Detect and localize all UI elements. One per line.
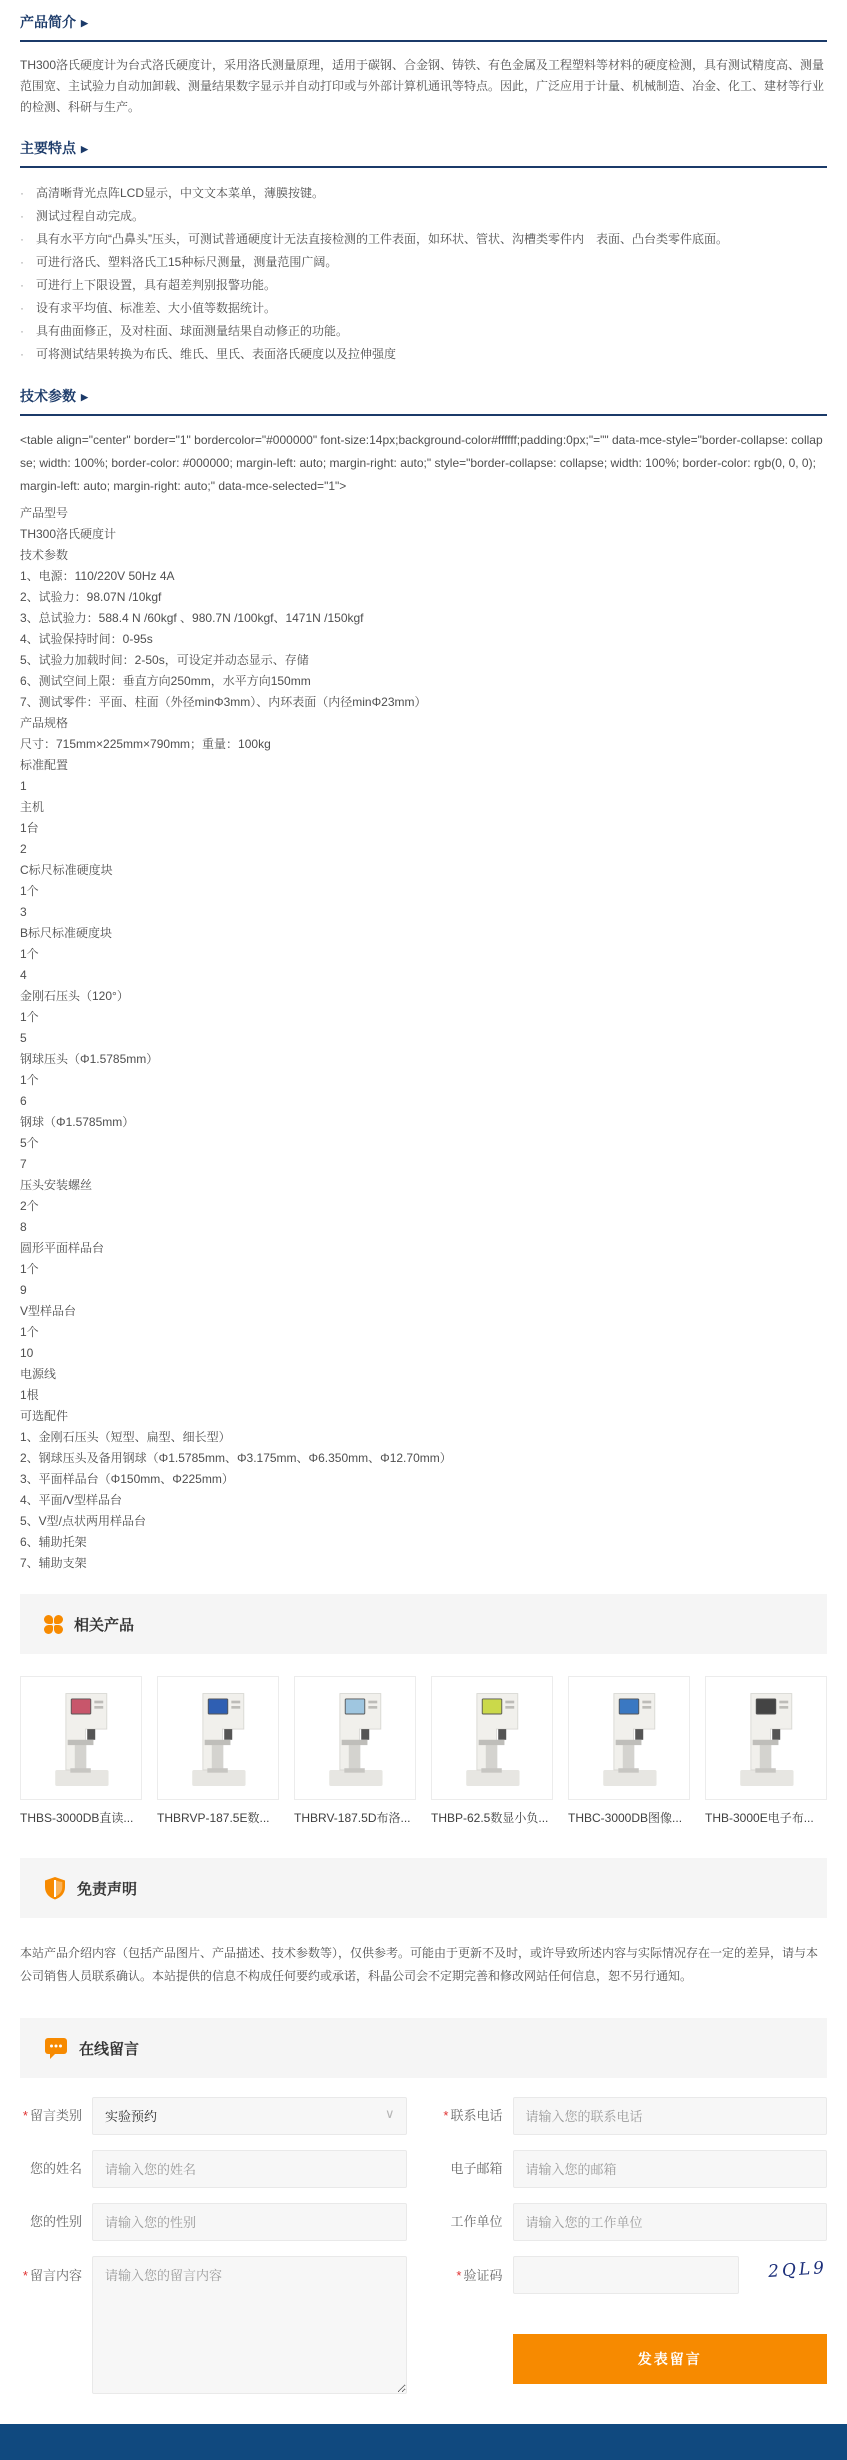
triangle-right-icon: ▶ xyxy=(81,392,88,403)
page-footer xyxy=(0,2424,847,2460)
spec-line: 产品规格 xyxy=(20,713,827,734)
spec-lines: 产品型号 TH300洛氏硬度计 技术参数 1、电源：110/220V 50Hz … xyxy=(20,503,827,1574)
spec-line: 技术参数 xyxy=(20,545,827,566)
category-label: *留言类别 xyxy=(20,2097,92,2135)
name-input[interactable] xyxy=(92,2150,407,2188)
spec-line: 压头安装螺丝 xyxy=(20,1175,827,1196)
hardness-tester-illustration xyxy=(178,1688,258,1788)
product-image xyxy=(157,1676,279,1800)
bullet-icon: · xyxy=(20,205,36,228)
captcha-input[interactable] xyxy=(513,2256,739,2294)
feature-item: · 可进行上下限设置，具有超差判别报警功能。 xyxy=(20,274,827,297)
specs-section-title: 技术参数 ▶ xyxy=(20,382,827,406)
chat-bubble-icon xyxy=(44,2037,68,2060)
spec-line: 电源线 xyxy=(20,1364,827,1385)
feature-text: 具有曲面修正，及对柱面、球面测量结果自动修正的功能。 xyxy=(36,320,348,343)
category-select-wrap: 实验预约 ∨ xyxy=(92,2097,407,2135)
product-image xyxy=(294,1676,416,1800)
message-title: 在线留言 xyxy=(79,2038,139,2059)
spec-line: 1个 xyxy=(20,881,827,902)
hardness-tester-illustration xyxy=(315,1688,395,1788)
submit-button[interactable]: 发表留言 xyxy=(513,2334,828,2384)
feature-text: 设有求平均值、标准差、大小值等数据统计。 xyxy=(36,297,276,320)
section-product-intro: 产品简介 ▶ TH300洛氏硬度计为台式洛氏硬度计，采用洛氏测量原理，适用于碳钢… xyxy=(20,8,827,118)
spec-line: 7 xyxy=(20,1154,827,1175)
spec-line: 4 xyxy=(20,965,827,986)
spec-line: 1个 xyxy=(20,1322,827,1343)
feature-item: · 可进行洛氏、塑料洛氏工15种标尺测量，测量范围广阔。 xyxy=(20,251,827,274)
message-form: *留言类别 实验预约 ∨ *联系电话 您的姓名 电子邮箱 xyxy=(20,2097,827,2394)
spec-line: 3、总试验力：588.4 N /60kgf 、980.7N /100kgf、14… xyxy=(20,608,827,629)
bullet-icon: · xyxy=(20,251,36,274)
spec-line: 1个 xyxy=(20,1007,827,1028)
leftover-table-markup-text: <table align="center" border="1" borderc… xyxy=(20,429,827,498)
triangle-right-icon: ▶ xyxy=(81,18,88,29)
spec-line: 可选配件 xyxy=(20,1406,827,1427)
field-category: *留言类别 实验预约 ∨ xyxy=(20,2097,407,2135)
spec-line: 5、V型/点状两用样品台 xyxy=(20,1511,827,1532)
feature-item: · 具有曲面修正，及对柱面、球面测量结果自动修正的功能。 xyxy=(20,320,827,343)
email-input[interactable] xyxy=(513,2150,828,2188)
product-card[interactable]: THBRVP-187.5E数... xyxy=(157,1676,279,1826)
email-label: 电子邮箱 xyxy=(441,2150,513,2188)
spec-line: 2 xyxy=(20,839,827,860)
field-content: *留言内容 xyxy=(20,2256,407,2394)
spec-line: 1个 xyxy=(20,1070,827,1091)
title-divider xyxy=(20,40,827,42)
section-related-products: 相关产品 xyxy=(20,1594,827,1826)
spec-line: 5、试验力加载时间：2-50s，可设定并动态显示、存储 xyxy=(20,650,827,671)
spec-line: 8 xyxy=(20,1217,827,1238)
spec-line: B标尺标准硬度块 xyxy=(20,923,827,944)
feature-text: 可进行上下限设置，具有超差判别报警功能。 xyxy=(36,274,276,297)
spec-line: 2、试验力：98.07N /10kgf xyxy=(20,587,827,608)
bullet-icon: · xyxy=(20,182,36,205)
product-name[interactable]: THBS-3000DB直读... xyxy=(20,1809,142,1826)
spec-line: 1、金刚石压头（短型、扁型、细长型） xyxy=(20,1427,827,1448)
product-card[interactable]: THB-3000E电子布... xyxy=(705,1676,827,1826)
disclaimer-paragraph: 本站产品介绍内容（包括产品图片、产品描述、技术参数等），仅供参考。可能由于更新不… xyxy=(20,1942,827,1988)
features-title-text: 主要特点 xyxy=(20,138,76,158)
spec-line: 圆形平面样品台 xyxy=(20,1238,827,1259)
bullet-icon: · xyxy=(20,297,36,320)
shield-icon xyxy=(44,1876,66,1900)
feature-text: 具有水平方向“凸鼻头”压头，可测试普通硬度计无法直接检测的工件表面，如环状、管状… xyxy=(36,228,728,251)
features-section-title: 主要特点 ▶ xyxy=(20,134,827,158)
feature-item: · 设有求平均值、标准差、大小值等数据统计。 xyxy=(20,297,827,320)
feature-text: 测试过程自动完成。 xyxy=(36,205,144,228)
title-divider xyxy=(20,414,827,416)
captcha-label: *验证码 xyxy=(441,2256,513,2286)
product-name[interactable]: THBRV-187.5D布洛... xyxy=(294,1809,416,1826)
product-name[interactable]: THB-3000E电子布... xyxy=(705,1809,827,1826)
related-products-grid: THBS-3000DB直读... xyxy=(20,1676,827,1826)
feature-text: 可将测试结果转换为布氏、维氏、里氏、表面洛氏硬度以及拉伸强度 xyxy=(36,343,396,366)
hardness-tester-illustration xyxy=(589,1688,669,1788)
title-divider xyxy=(20,166,827,168)
required-mark: * xyxy=(456,2268,461,2283)
spec-line: 主机 xyxy=(20,797,827,818)
content-label: *留言内容 xyxy=(20,2256,92,2286)
required-mark: * xyxy=(23,2108,28,2123)
gender-label: 您的性别 xyxy=(20,2203,92,2241)
category-select[interactable]: 实验预约 xyxy=(92,2097,407,2135)
intro-title-text: 产品简介 xyxy=(20,12,76,32)
clover-icon xyxy=(44,1615,63,1634)
hardness-tester-illustration xyxy=(726,1688,806,1788)
spec-line: 金刚石压头（120°） xyxy=(20,986,827,1007)
product-image xyxy=(705,1676,827,1800)
page-content: 产品简介 ▶ TH300洛氏硬度计为台式洛氏硬度计，采用洛氏测量原理，适用于碳钢… xyxy=(0,0,847,2394)
spec-line: 7、辅助支架 xyxy=(20,1553,827,1574)
feature-text: 可进行洛氏、塑料洛氏工15种标尺测量，测量范围广阔。 xyxy=(36,251,337,274)
spec-line: 1个 xyxy=(20,1259,827,1280)
bullet-icon: · xyxy=(20,228,36,251)
bullet-icon: · xyxy=(20,320,36,343)
spec-line: 1、电源：110/220V 50Hz 4A xyxy=(20,566,827,587)
feature-item: · 高清晰背光点阵LCD显示，中文文本菜单，薄膜按键。 xyxy=(20,182,827,205)
spec-line: 2、钢球压头及备用钢球（Φ1.5785mm、Φ3.175mm、Φ6.350mm、… xyxy=(20,1448,827,1469)
spec-line: 9 xyxy=(20,1280,827,1301)
captcha-image[interactable]: 2QL9 xyxy=(767,2254,827,2282)
field-captcha-and-submit: *验证码 2QL9 发表留言 xyxy=(441,2256,828,2394)
triangle-right-icon: ▶ xyxy=(81,144,88,155)
intro-paragraph: TH300洛氏硬度计为台式洛氏硬度计，采用洛氏测量原理，适用于碳钢、合金钢、铸铁… xyxy=(20,55,827,118)
product-image xyxy=(431,1676,553,1800)
spec-line: 5 xyxy=(20,1028,827,1049)
spec-line: V型样品台 xyxy=(20,1301,827,1322)
feature-item: · 测试过程自动完成。 xyxy=(20,205,827,228)
feature-item: · 具有水平方向“凸鼻头”压头，可测试普通硬度计无法直接检测的工件表面，如环状、… xyxy=(20,228,827,251)
gender-input[interactable] xyxy=(92,2203,407,2241)
field-gender: 您的性别 xyxy=(20,2203,407,2241)
product-card[interactable]: THBP-62.5数显小负... xyxy=(431,1676,553,1826)
specs-title-text: 技术参数 xyxy=(20,386,76,406)
spec-line: 6、辅助托架 xyxy=(20,1532,827,1553)
spec-line: 钢球压头（Φ1.5785mm） xyxy=(20,1049,827,1070)
spec-line: 1 xyxy=(20,776,827,797)
section-disclaimer: 免责声明 本站产品介绍内容（包括产品图片、产品描述、技术参数等），仅供参考。可能… xyxy=(20,1858,827,1988)
spec-line: 2个 xyxy=(20,1196,827,1217)
disclaimer-title: 免责声明 xyxy=(77,1878,137,1899)
product-name[interactable]: THBC-3000DB图像... xyxy=(568,1809,690,1826)
spec-line: 标准配置 xyxy=(20,755,827,776)
spec-line: TH300洛氏硬度计 xyxy=(20,524,827,545)
required-mark: * xyxy=(443,2108,448,2123)
related-products-header: 相关产品 xyxy=(20,1594,827,1654)
spec-line: 5个 xyxy=(20,1133,827,1154)
field-email: 电子邮箱 xyxy=(441,2150,828,2188)
message-header: 在线留言 xyxy=(20,2018,827,2078)
spec-line: 3 xyxy=(20,902,827,923)
spec-line: 1台 xyxy=(20,818,827,839)
product-card[interactable]: THBS-3000DB直读... xyxy=(20,1676,142,1826)
spec-line: 1个 xyxy=(20,944,827,965)
bullet-icon: · xyxy=(20,343,36,366)
section-features: 主要特点 ▶ · 高清晰背光点阵LCD显示，中文文本菜单，薄膜按键。 · 测试过… xyxy=(20,134,827,366)
spec-line: 4、平面/V型样品台 xyxy=(20,1490,827,1511)
phone-label: *联系电话 xyxy=(441,2097,513,2135)
required-mark: * xyxy=(23,2268,28,2283)
company-label: 工作单位 xyxy=(441,2203,513,2241)
field-company: 工作单位 xyxy=(441,2203,828,2241)
section-message-form: 在线留言 *留言类别 实验预约 ∨ *联系电话 您的姓名 xyxy=(20,2018,827,2394)
product-card[interactable]: THBRV-187.5D布洛... xyxy=(294,1676,416,1826)
product-name[interactable]: THBP-62.5数显小负... xyxy=(431,1809,553,1826)
product-image xyxy=(20,1676,142,1800)
spec-line: 6、测试空间上限：垂直方向250mm，水平方向150mm xyxy=(20,671,827,692)
name-label: 您的姓名 xyxy=(20,2150,92,2188)
spec-line: 4、试验保持时间：0-95s xyxy=(20,629,827,650)
phone-input[interactable] xyxy=(513,2097,828,2135)
spec-line: 产品型号 xyxy=(20,503,827,524)
features-list: · 高清晰背光点阵LCD显示，中文文本菜单，薄膜按键。 · 测试过程自动完成。 … xyxy=(20,182,827,366)
hardness-tester-illustration xyxy=(452,1688,532,1788)
bullet-icon: · xyxy=(20,274,36,297)
spec-line: C标尺标准硬度块 xyxy=(20,860,827,881)
spec-line: 3、平面样品台（Φ150mm、Φ225mm） xyxy=(20,1469,827,1490)
hardness-tester-illustration xyxy=(41,1688,121,1788)
spec-line: 6 xyxy=(20,1091,827,1112)
product-card[interactable]: THBC-3000DB图像... xyxy=(568,1676,690,1826)
intro-section-title: 产品简介 ▶ xyxy=(20,8,827,32)
spec-line: 7、测试零件：平面、柱面（外径minΦ3mm）、内环表面（内径minΦ23mm） xyxy=(20,692,827,713)
spec-line: 尺寸：715mm×225mm×790mm；重量：100kg xyxy=(20,734,827,755)
product-name[interactable]: THBRVP-187.5E数... xyxy=(157,1809,279,1826)
disclaimer-header: 免责声明 xyxy=(20,1858,827,1918)
content-textarea[interactable] xyxy=(92,2256,407,2394)
field-name: 您的姓名 xyxy=(20,2150,407,2188)
company-input[interactable] xyxy=(513,2203,828,2241)
spec-line: 1根 xyxy=(20,1385,827,1406)
spec-line: 钢球（Φ1.5785mm） xyxy=(20,1112,827,1133)
product-image xyxy=(568,1676,690,1800)
feature-text: 高清晰背光点阵LCD显示，中文文本菜单，薄膜按键。 xyxy=(36,182,324,205)
field-phone: *联系电话 xyxy=(441,2097,828,2135)
spec-line: 10 xyxy=(20,1343,827,1364)
related-products-title: 相关产品 xyxy=(74,1614,134,1635)
feature-item: · 可将测试结果转换为布氏、维氏、里氏、表面洛氏硬度以及拉伸强度 xyxy=(20,343,827,366)
section-specs: 技术参数 ▶ <table align="center" border="1" … xyxy=(20,382,827,1574)
